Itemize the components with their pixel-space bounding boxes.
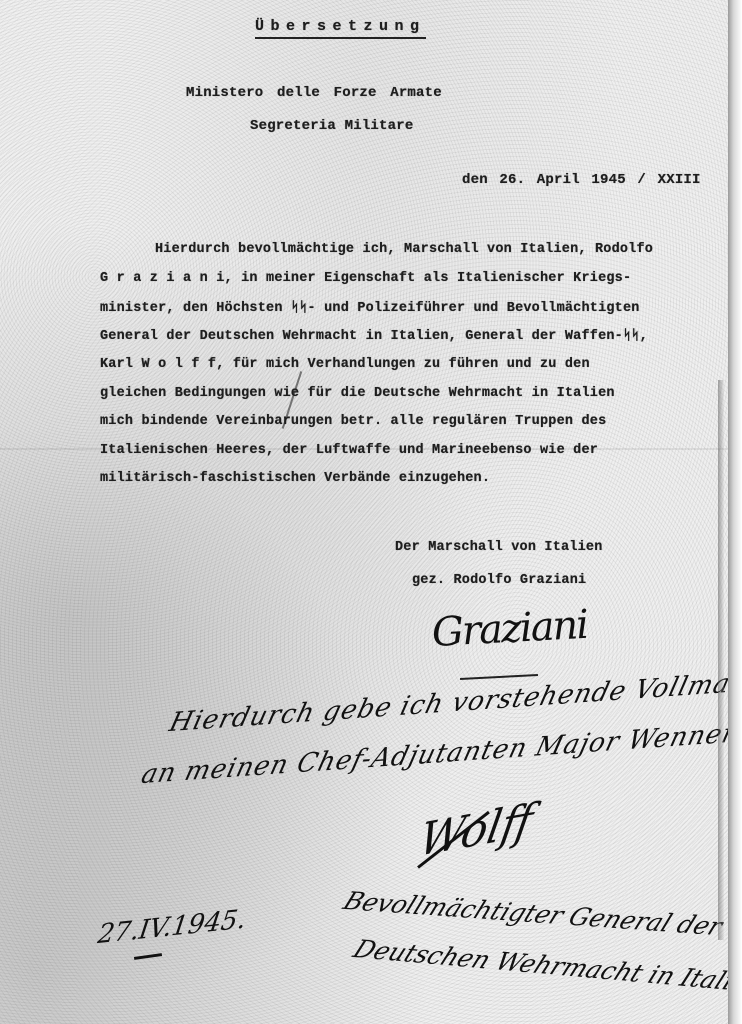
handwritten-title-line: Bevollmächtigter General der <box>339 886 727 941</box>
signature-underline <box>460 674 538 680</box>
date-underline <box>134 953 162 960</box>
body-line: mich bindende Vereinbarungen betr. alle … <box>100 414 606 429</box>
document-page: Übersetzung Ministero delle Forze Armate… <box>0 0 728 1024</box>
body-line: minister, den Höchsten ᛋᛋ- und Polizeifü… <box>100 300 640 316</box>
body-line: Hierdurch bevollmächtige ich, Marschall … <box>155 242 653 257</box>
body-line: gleichen Bedingungen wie für die Deutsch… <box>100 386 615 401</box>
handwritten-title-line: Deutschen Wehrmacht in Italien. <box>349 934 742 998</box>
letterhead-ministry: Ministero delle Forze Armate <box>186 85 442 101</box>
handwritten-date: 27.IV.1945. <box>96 904 248 950</box>
body-line: G r a z i a n i, in meiner Eigenschaft a… <box>100 271 631 286</box>
closing-title: Der Marschall von Italien <box>395 540 603 555</box>
document-heading: Übersetzung <box>255 18 426 39</box>
letterhead-department: Segreteria Militare <box>250 118 413 134</box>
page-edge-crease <box>718 380 724 940</box>
page-edge-shadow <box>728 0 742 1024</box>
closing-signed-by: gez. Rodolfo Graziani <box>412 573 586 588</box>
document-date: den 26. April 1945 / XXIII <box>462 172 701 188</box>
body-line: Karl W o l f f, für mich Verhandlungen z… <box>100 357 590 372</box>
graziani-signature: Graziani <box>431 602 588 656</box>
body-line: Italienischen Heeres, der Luftwaffe und … <box>100 443 598 458</box>
body-line: militärisch-faschistischen Verbände einz… <box>100 471 490 486</box>
body-line: General der Deutschen Wehrmacht in Itali… <box>100 328 648 344</box>
